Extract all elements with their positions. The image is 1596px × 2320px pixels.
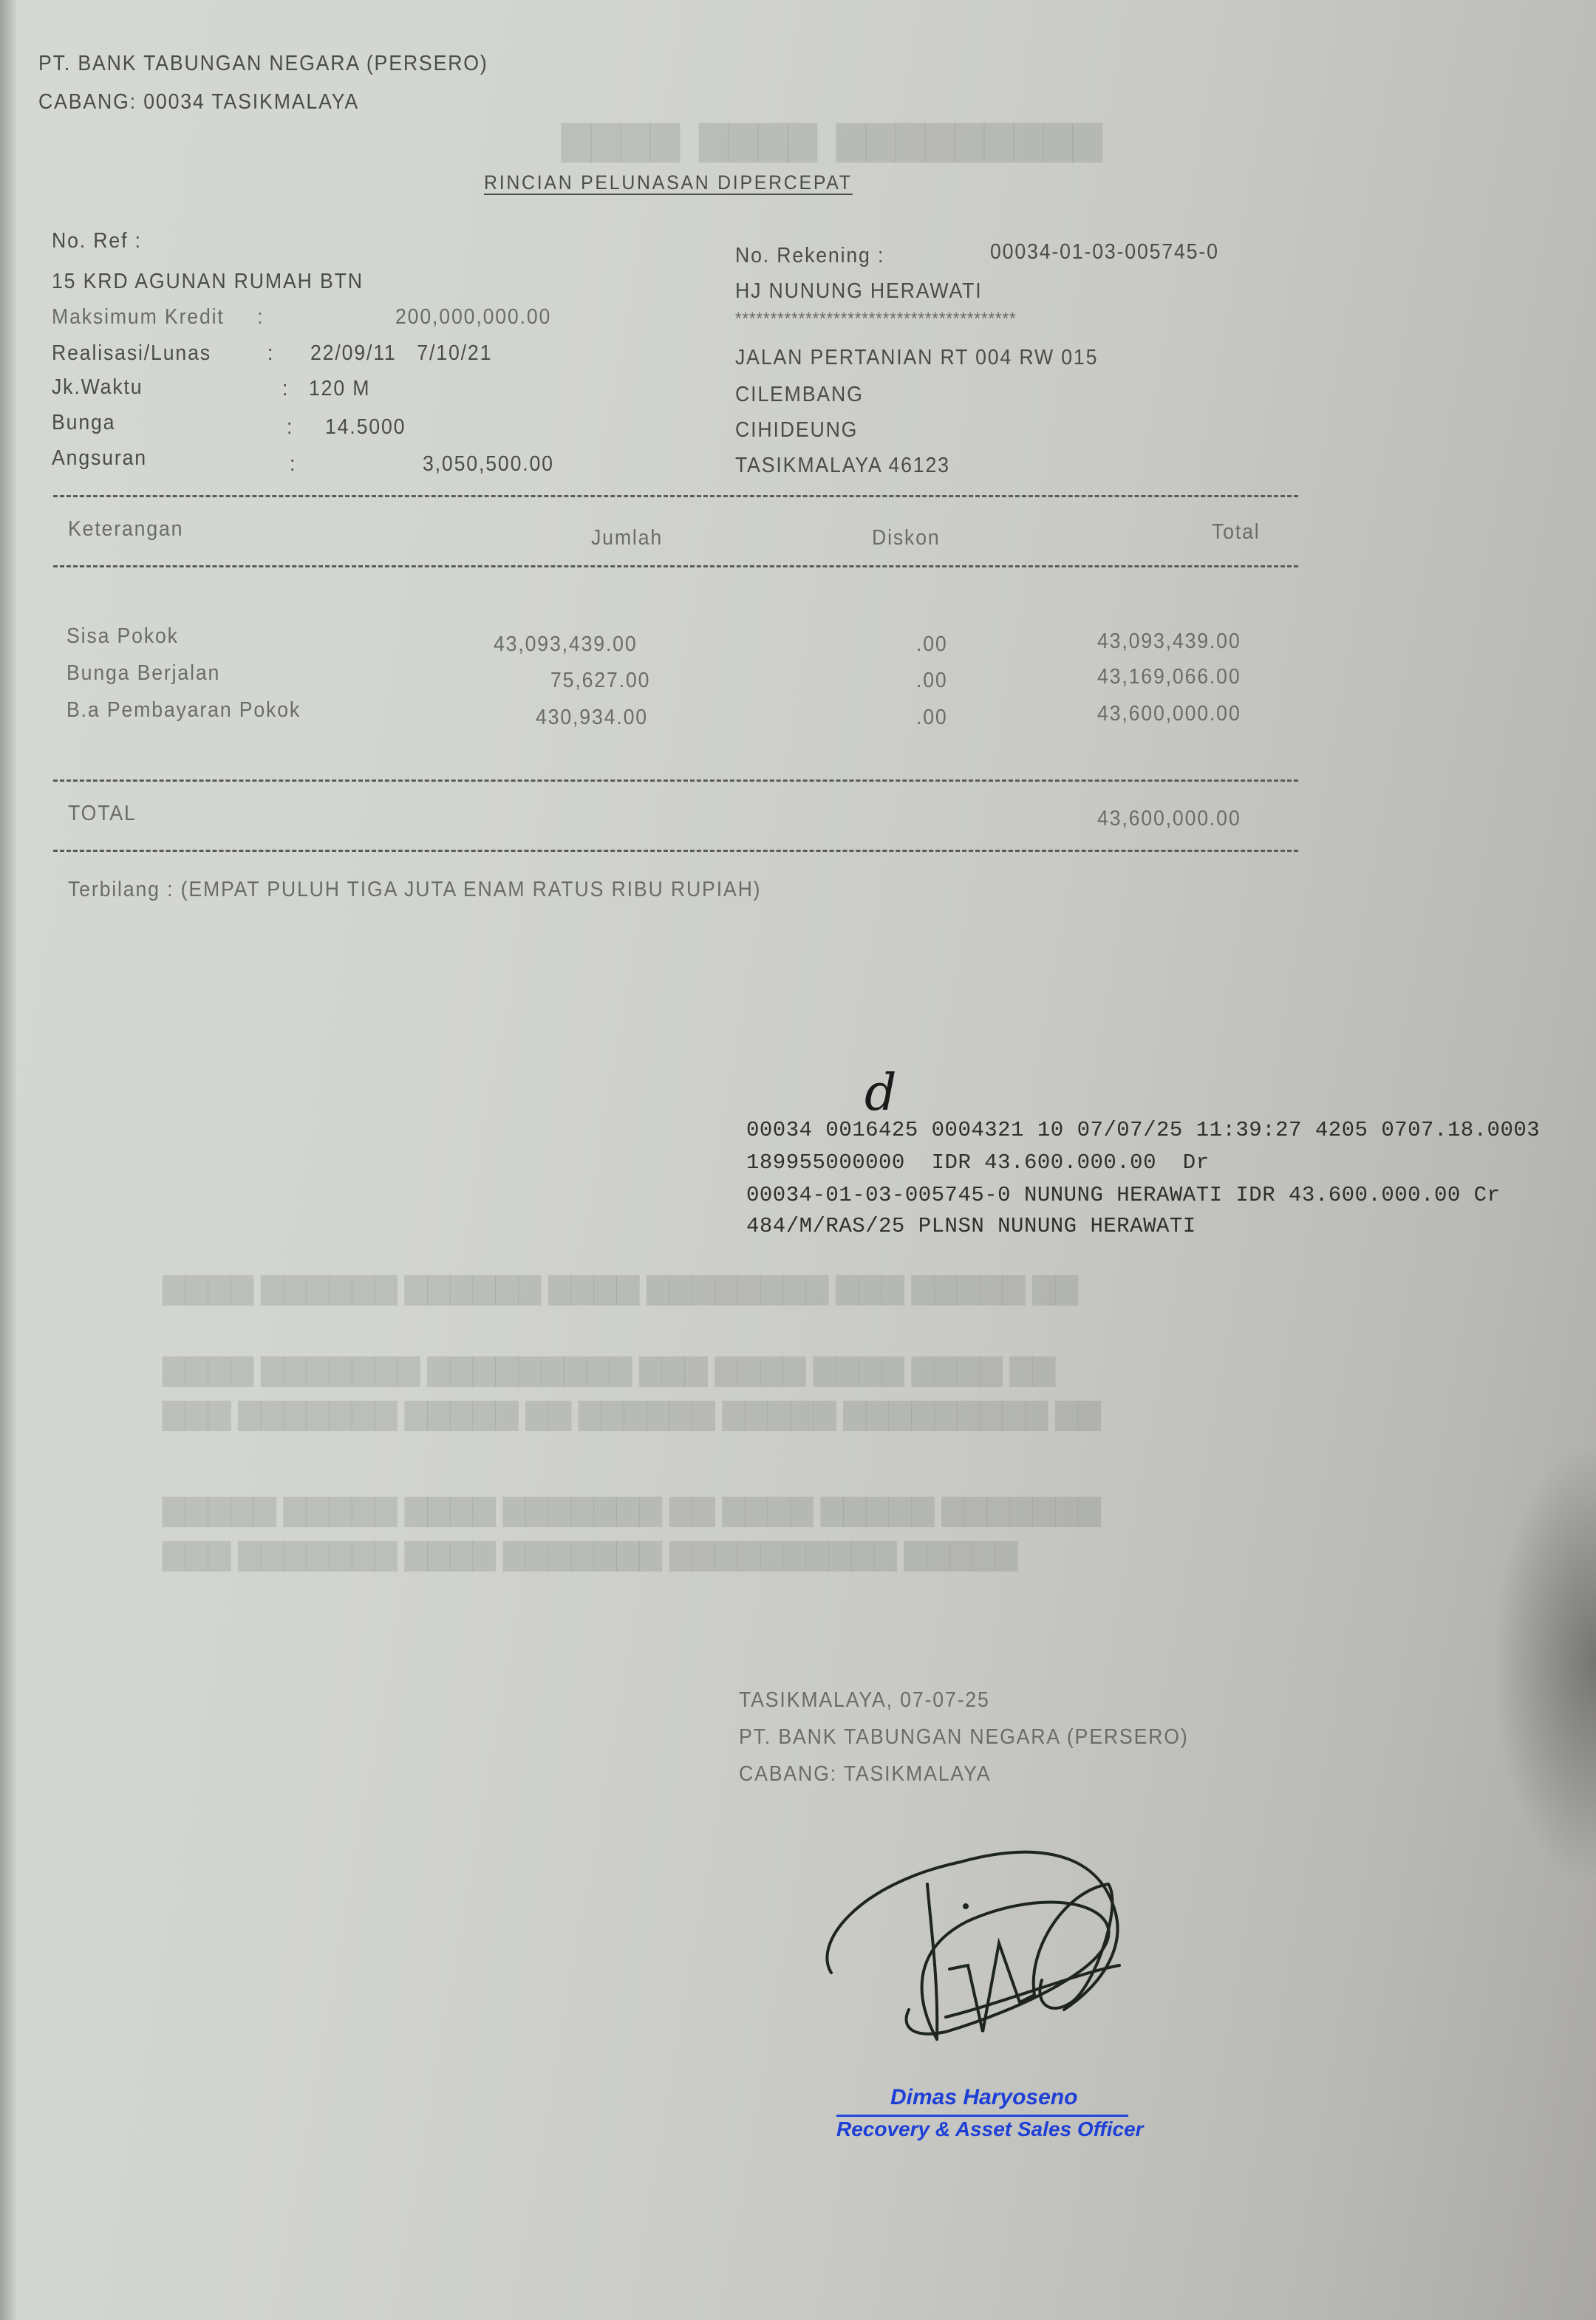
total-label: TOTAL xyxy=(68,802,137,826)
maksimum-kredit-value: 200,000,000.00 xyxy=(395,305,551,330)
signature-icon xyxy=(798,1818,1212,2098)
bleed-through-text: ▇▇▇▇▇ ▇▇▇▇▇ ▇▇▇▇ ▇▇▇▇▇▇▇ ▇▇ ▇▇▇▇ ▇▇▇▇▇ ▇… xyxy=(163,1492,1101,1527)
cell-keterangan: B.a Pembayaran Pokok xyxy=(66,698,301,723)
address-line: CILEMBANG xyxy=(735,383,864,407)
ref-label: No. Ref : xyxy=(52,229,142,253)
field-sep: : xyxy=(290,452,296,477)
customer-name: HJ NUNUNG HERAWATI xyxy=(735,279,983,304)
cell-diskon: .00 xyxy=(916,669,948,693)
field-label: Jk.Waktu xyxy=(52,375,143,400)
jangka-waktu-value: 120 M xyxy=(309,377,370,401)
loan-product: 15 KRD AGUNAN RUMAH BTN xyxy=(52,270,364,294)
angsuran-value: 3,050,500.00 xyxy=(423,452,554,477)
validation-line: 00034 0016425 0004321 10 07/07/25 11:39:… xyxy=(746,1118,1540,1142)
cell-diskon: .00 xyxy=(916,706,948,730)
officer-title: Recovery & Asset Sales Officer xyxy=(836,2118,1144,2141)
terbilang: Terbilang : (EMPAT PULUH TIGA JUTA ENAM … xyxy=(68,878,761,902)
handwritten-mark: d xyxy=(864,1064,897,1122)
paper-left-edge xyxy=(0,0,16,2320)
field-label: Bunga xyxy=(52,411,115,435)
cell-keterangan: Sisa Pokok xyxy=(66,624,179,649)
account-number: 00034-01-03-005745-0 xyxy=(990,240,1219,265)
bleed-through-text: ▇▇▇ ▇▇▇▇▇▇▇ ▇▇▇▇ ▇▇▇▇▇▇▇ ▇▇▇▇▇▇▇▇▇▇ ▇▇▇▇… xyxy=(163,1537,1017,1572)
divider xyxy=(53,495,1298,497)
validation-line: 00034-01-03-005745-0 NUNUNG HERAWATI IDR… xyxy=(746,1183,1500,1207)
bank-name: PT. BANK TABUNGAN NEGARA (PERSERO) xyxy=(38,52,488,76)
cell-jumlah: 430,934.00 xyxy=(536,706,648,730)
field-label: Realisasi/Lunas xyxy=(52,341,211,366)
field-label: Angsuran xyxy=(52,446,147,471)
masked-line: **************************************** xyxy=(735,309,1017,330)
bleed-through-text: ▇▇▇▇ ▇▇▇▇▇▇▇ ▇▇▇▇▇▇▇▇▇ ▇▇▇ ▇▇▇▇ ▇▇▇▇ ▇▇▇… xyxy=(163,1352,1055,1387)
column-header: Jumlah xyxy=(591,526,663,550)
column-header: Total xyxy=(1212,520,1261,545)
column-header: Keterangan xyxy=(68,517,183,542)
field-label: Maksimum Kredit xyxy=(52,305,225,330)
bleed-through-text: ▇▇▇▇ ▇▇▇▇ ▇▇▇▇▇▇▇▇▇ xyxy=(562,118,1102,163)
bleed-through-text: ▇▇▇▇ ▇▇▇▇▇▇ ▇▇▇▇▇▇ ▇▇▇▇ ▇▇▇▇▇▇▇▇ ▇▇▇ ▇▇▇… xyxy=(163,1271,1078,1306)
cell-total: 43,093,439.00 xyxy=(1097,630,1241,654)
divider xyxy=(53,850,1298,852)
cell-diskon: .00 xyxy=(916,632,948,657)
validation-line: 484/M/RAS/25 PLNSN NUNUNG HERAWATI xyxy=(746,1214,1196,1238)
document-title: RINCIAN PELUNASAN DIPERCEPAT xyxy=(484,171,853,194)
address-line: JALAN PERTANIAN RT 004 RW 015 xyxy=(735,346,1098,370)
stamp-underline xyxy=(836,2115,1128,2117)
field-sep: : xyxy=(282,377,289,401)
cell-total: 43,600,000.00 xyxy=(1097,702,1241,726)
cell-jumlah: 75,627.00 xyxy=(550,669,650,693)
realisasi-lunas-value: 22/09/11 7/10/21 xyxy=(310,341,492,366)
bunga-value: 14.5000 xyxy=(325,415,406,440)
field-sep: : xyxy=(257,305,264,330)
column-header: Diskon xyxy=(872,526,941,550)
total-value: 43,600,000.00 xyxy=(1097,807,1241,831)
cell-total: 43,169,066.00 xyxy=(1097,665,1241,689)
place-date: TASIKMALAYA, 07-07-25 xyxy=(739,1688,990,1713)
divider xyxy=(53,565,1298,567)
finger-shadow xyxy=(1493,1441,1596,1884)
address-line: TASIKMALAYA 46123 xyxy=(735,454,950,478)
cell-jumlah: 43,093,439.00 xyxy=(494,632,638,657)
account-label: No. Rekening : xyxy=(735,244,884,268)
field-sep: : xyxy=(287,415,293,440)
address-line: CIHIDEUNG xyxy=(735,418,858,443)
branch-name: CABANG: 00034 TASIKMALAYA xyxy=(38,90,359,115)
footer-bank-name: PT. BANK TABUNGAN NEGARA (PERSERO) xyxy=(739,1725,1189,1750)
officer-name: Dimas Haryoseno xyxy=(890,2085,1077,2110)
cell-keterangan: Bunga Berjalan xyxy=(66,661,220,686)
bleed-through-text: ▇▇▇ ▇▇▇▇▇▇▇ ▇▇▇▇▇ ▇▇ ▇▇▇▇▇▇ ▇▇▇▇▇ ▇▇▇▇▇▇… xyxy=(163,1396,1101,1431)
field-sep: : xyxy=(267,341,274,366)
footer-branch: CABANG: TASIKMALAYA xyxy=(739,1762,991,1787)
divider xyxy=(53,779,1298,782)
validation-line: 189955000000 IDR 43.600.000.00 Dr xyxy=(746,1150,1210,1175)
